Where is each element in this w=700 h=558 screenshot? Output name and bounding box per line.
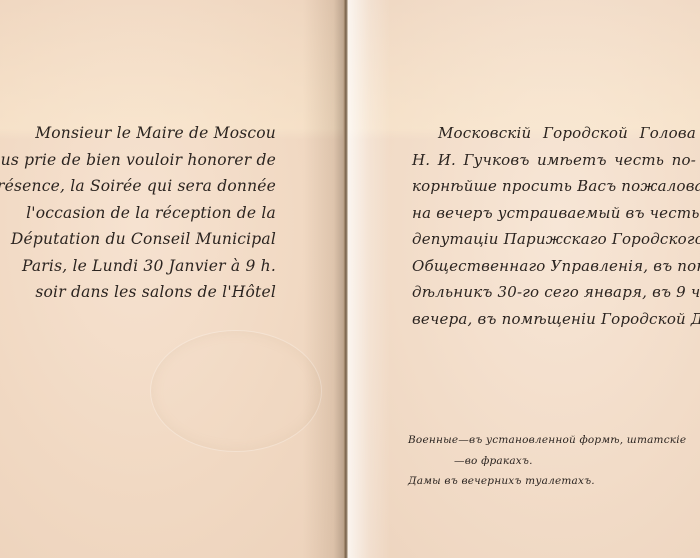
french-line-7: soir dans les salons de l'Hôtel bbox=[0, 279, 276, 306]
russian-line-5: депутаціи Парижскаго Городского bbox=[412, 226, 696, 253]
french-line-6: Paris, le Lundi 30 Janvier à 9 h. bbox=[0, 253, 276, 280]
french-line-1: Monsieur le Maire de Moscou bbox=[0, 120, 276, 147]
french-invitation-text: Monsieur le Maire de Moscou ous prie de … bbox=[0, 120, 276, 332]
russian-line-4: на вечеръ устраиваемый въ честь bbox=[412, 200, 696, 227]
french-line-3: tre présence, la Soirée qui sera donnée bbox=[0, 173, 276, 200]
dress-code-military-civilian: Военные—въ установленной формѣ, штатскіе bbox=[408, 430, 644, 451]
embossed-seal-mark bbox=[150, 330, 322, 452]
russian-line-8: вечера, въ помѣщеніи Городской Думы. bbox=[412, 306, 696, 333]
right-page-russian: Московскій Городской Голова Н. И. Гучков… bbox=[348, 0, 700, 558]
dress-code-ladies: Дамы въ вечернихъ туалетахъ. bbox=[408, 471, 644, 492]
dress-code-notes: Военные—въ установленной формѣ, штатскіе… bbox=[408, 430, 644, 492]
russian-invitation-text: Московскій Городской Голова Н. И. Гучков… bbox=[412, 120, 696, 332]
russian-line-1: Московскій Городской Голова bbox=[412, 120, 696, 147]
french-line-5: Députation du Conseil Municipal bbox=[0, 226, 276, 253]
dress-code-tailcoats: —во фракахъ. bbox=[408, 451, 644, 472]
invitation-scan: Monsieur le Maire de Moscou ous prie de … bbox=[0, 0, 700, 558]
russian-line-7: дѣльникъ 30-го сего января, въ 9 часовъ bbox=[412, 279, 696, 306]
russian-line-6: Общественнаго Управленія, въ поне- bbox=[412, 253, 696, 280]
french-line-4: l'occasion de la réception de la bbox=[0, 200, 276, 227]
left-page-french: Monsieur le Maire de Moscou ous prie de … bbox=[0, 0, 344, 558]
french-line-2: ous prie de bien vouloir honorer de bbox=[0, 147, 276, 174]
russian-line-3: корнѣйше просить Васъ пожаловать bbox=[412, 173, 696, 200]
french-line-8: Ville. bbox=[0, 306, 276, 333]
russian-line-2: Н. И. Гучковъ имѣетъ честь по- bbox=[412, 147, 696, 174]
